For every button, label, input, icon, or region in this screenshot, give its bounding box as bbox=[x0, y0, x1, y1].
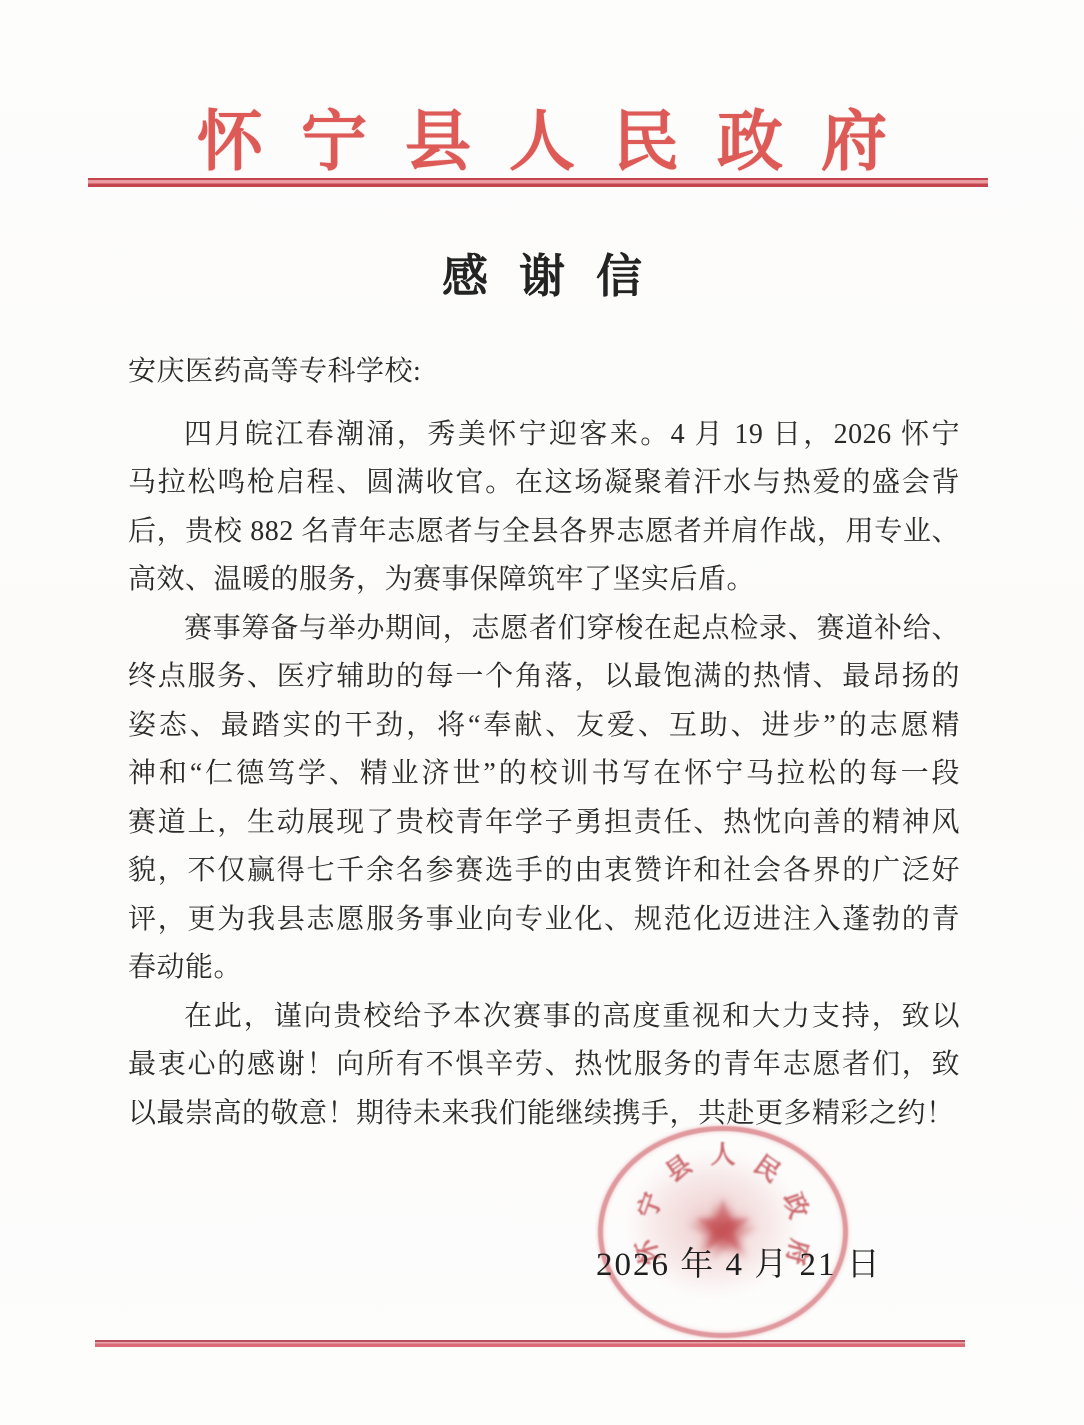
paragraph-2: 赛事筹备与举办期间，志愿者们穿梭在起点检录、赛道补给、 终点服务、医疗辅助的每一… bbox=[128, 605, 960, 993]
footer-rule bbox=[95, 1340, 965, 1347]
letter-title: 感谢信 bbox=[0, 240, 1084, 306]
paragraph-3: 在此，谨向贵校给予本次赛事的高度重视和大力支持，致以 最衷心的感谢！向所有不惧辛… bbox=[128, 993, 960, 1139]
letter-body: 安庆医药高等专科学校: 四月皖江春潮涌，秀美怀宁迎客来。4 月 19 日，202… bbox=[128, 348, 960, 1138]
scanned-letter-page: 怀宁县人民政府 感谢信 安庆医药高等专科学校: 四月皖江春潮涌，秀美怀宁迎客来。… bbox=[0, 0, 1084, 1425]
body-line: 赛道上，生动展现了贵校青年学子勇担责任、热忱向善的精神风 bbox=[128, 799, 960, 848]
letterhead-org-name: 怀宁县人民政府 bbox=[0, 88, 1084, 183]
body-line: 赛事筹备与举办期间，志愿者们穿梭在起点检录、赛道补给、 bbox=[128, 605, 960, 654]
seal-rim-char: 人 bbox=[710, 1135, 735, 1171]
body-line: 春动能。 bbox=[128, 944, 960, 993]
body-line: 在此，谨向贵校给予本次赛事的高度重视和大力支持，致以 bbox=[128, 993, 960, 1042]
body-line: 姿态、最踏实的干劲，将“奉献、友爱、互助、进步”的志愿精 bbox=[128, 702, 960, 751]
salutation: 安庆医药高等专科学校: bbox=[128, 348, 960, 397]
body-line: 马拉松鸣枪启程、圆满收官。在这场凝聚着汗水与热爱的盛会背 bbox=[128, 459, 960, 508]
body-line: 最衷心的感谢！向所有不惧辛劳、热忱服务的青年志愿者们，致 bbox=[128, 1041, 960, 1090]
body-line: 四月皖江春潮涌，秀美怀宁迎客来。4 月 19 日，2026 怀宁 bbox=[128, 411, 960, 460]
body-line: 终点服务、医疗辅助的每一个角落，以最饱满的热情、最昂扬的 bbox=[128, 653, 960, 702]
seal-rim-char: 宁 bbox=[628, 1187, 670, 1223]
body-line: 貌，不仅赢得七千余名参赛选手的由衷赞许和社会各界的广泛好 bbox=[128, 847, 960, 896]
body-line: 后，贵校 882 名青年志愿者与全县各界志愿者并肩作战，用专业、 bbox=[128, 508, 960, 557]
letter-date: 2026 年 4 月 21 日 bbox=[596, 1238, 882, 1285]
body-line: 评，更为我县志愿服务事业向专业化、规范化迈进注入蓬勃的青 bbox=[128, 896, 960, 945]
body-line: 神和“仁德笃学、精业济世”的校训书写在怀宁马拉松的每一段 bbox=[128, 750, 960, 799]
seal-rim-char: 政 bbox=[776, 1187, 818, 1223]
body-line: 高效、温暖的服务，为赛事保障筑牢了坚实后盾。 bbox=[128, 556, 960, 605]
paragraph-1: 四月皖江春潮涌，秀美怀宁迎客来。4 月 19 日，2026 怀宁 马拉松鸣枪启程… bbox=[128, 411, 960, 605]
official-seal: 怀 宁 县 人 民 政 府 ★ bbox=[598, 1126, 848, 1338]
body-line: 以最崇高的敬意！期待未来我们能继续携手，共赴更多精彩之约！ bbox=[128, 1090, 960, 1139]
letterhead-rule bbox=[88, 178, 988, 187]
